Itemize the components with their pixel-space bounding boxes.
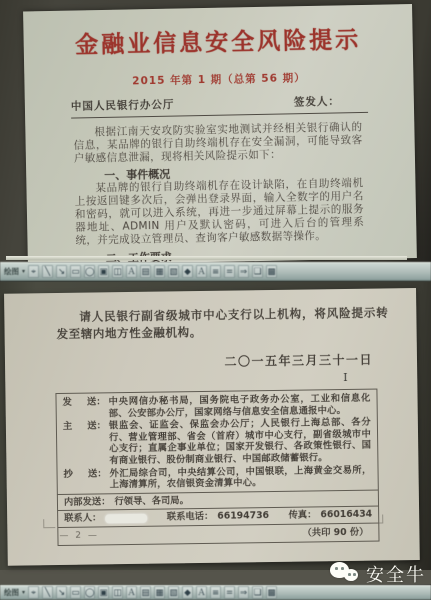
page-number: — 2 —	[59, 530, 99, 541]
phone-number: 66194736	[217, 510, 269, 522]
vertical-textbox-icon[interactable]: ◫	[112, 265, 123, 278]
row-text: 银监会、证监会、保监会办公厅；人民银行上海总部、各分行、营业管理部、省会（首府）…	[109, 417, 372, 467]
document-title: 金融业信息安全风险提示	[23, 20, 413, 60]
section-1-body: 某品牌的银行自助终端机存在设计缺陷，在自助终端机上按返回键多次后，会弹出登录界面…	[74, 177, 364, 247]
page-2-content: 请人民银行副省级城市中心支行以上机构，将风险提示转发至辖内地方性金融机构。 二〇…	[4, 288, 420, 566]
label-char: 发	[62, 397, 72, 420]
rectangle-icon[interactable]: ▭	[70, 586, 81, 599]
arrow-icon[interactable]: ↘	[56, 586, 67, 599]
textbox-icon[interactable]: ▣	[98, 586, 109, 599]
signer-label: 签发人：	[294, 93, 340, 113]
fax-number: 66016434	[320, 509, 372, 521]
copies-count: （共印 90 份）	[64, 526, 372, 545]
drawing-menu-button[interactable]: 绘图	[4, 587, 19, 598]
page-bottom-edge	[6, 256, 407, 260]
drawing-toolbar-icons: ⌖╲↘▭◯▣◫Ａ▤▦▧◆Ａ≡=⇒❏▩	[28, 265, 277, 278]
threed-style-icon[interactable]: ▩	[266, 265, 277, 278]
photo-top-document: 金融业信息安全风险提示 2015 年第 1 期（总第 56 期） 中国人民银行办…	[0, 0, 431, 262]
vertical-textbox-icon[interactable]: ◫	[112, 586, 123, 599]
label-char: 送：	[87, 396, 106, 419]
chevron-down-icon[interactable]: ▾	[22, 268, 25, 275]
diagram-icon[interactable]: ▤	[140, 265, 151, 278]
textbox-icon[interactable]: ▣	[98, 265, 109, 278]
bubble-eye	[341, 567, 344, 570]
line-style-icon[interactable]: ≡	[210, 586, 221, 599]
font-color-icon[interactable]: Ａ	[196, 586, 207, 599]
picture-icon[interactable]: ▧	[168, 586, 179, 599]
fax-label: 传真：	[288, 510, 316, 522]
request-paragraph: 请人民银行副省级城市中心支行以上机构，将风险提示转发至辖内地方性金融机构。	[56, 304, 388, 343]
redacted-contact-name	[105, 513, 147, 523]
internal-text: 行领导、各司局。	[114, 495, 189, 508]
shadow-style-icon[interactable]: ❏	[252, 586, 263, 599]
phone-label: 联系电话：	[167, 511, 214, 523]
watermark: 安全牛	[330, 561, 426, 587]
internal-label: 内部发送：	[64, 496, 111, 508]
issuer-name: 中国人民银行办公厅	[71, 97, 175, 118]
clipart-icon[interactable]: ▦	[154, 265, 165, 278]
dash-style-icon[interactable]: =	[224, 265, 235, 278]
wordart-icon[interactable]: Ａ	[126, 265, 137, 278]
distribution-row-chao-song: 抄 送： 外汇局综合司，中央结算公司，中国银联，上海黄金交易所，上海清算所，农信…	[63, 464, 371, 491]
chevron-down-icon[interactable]: ▾	[22, 589, 25, 596]
drawing-menu-button[interactable]: 绘图	[4, 266, 19, 277]
shadow-style-icon[interactable]: ❏	[252, 265, 263, 278]
distribution-row-fa-song: 发 送： 中央网信办秘书局，国务院电子政务办公室，工业和信息化部、公安部办公厅，…	[62, 393, 370, 420]
row-text: 中央网信办秘书局，国务院电子政务办公室，工业和信息化部、公安部办公厅，国家网络与…	[108, 393, 370, 420]
wordart-icon[interactable]: Ａ	[126, 586, 137, 599]
document-page-2: 请人民银行副省级城市中心支行以上机构，将风险提示转发至辖内地方性金融机构。 二〇…	[4, 288, 420, 566]
threed-style-icon[interactable]: ▩	[266, 586, 277, 599]
oval-icon[interactable]: ◯	[84, 265, 95, 278]
document-date: 二〇一五年三月三十一日	[224, 351, 373, 370]
label-char: 抄	[63, 468, 73, 491]
watermark-brand-text: 安全牛	[366, 561, 426, 587]
row-label: 主 送：	[63, 420, 110, 467]
chat-bubble-small	[344, 569, 358, 581]
drawing-toolbar-icons: ⌖╲↘▭◯▣◫Ａ▤▦▧◆Ａ≡=⇒❏▩	[28, 586, 277, 599]
line-icon[interactable]: ╲	[42, 265, 53, 278]
distribution-box: 发 送： 中央网信办秘书局，国务院电子政务办公室，工业和信息化部、公安部办公厅，…	[55, 389, 379, 546]
bubble-eye	[353, 573, 356, 576]
picture-icon[interactable]: ▧	[168, 265, 179, 278]
contact-label: 联系人：	[64, 513, 101, 525]
clipart-icon[interactable]: ▦	[154, 586, 165, 599]
label-char: 主	[63, 421, 73, 468]
line-style-icon[interactable]: ≡	[210, 265, 221, 278]
document-page-1: 金融业信息安全风险提示 2015 年第 1 期（总第 56 期） 中国人民银行办…	[23, 4, 417, 262]
intro-paragraph: 根据江南天安攻防实验室实地测试并经相关银行确认的信息，某品牌的银行自助终端机存在…	[73, 121, 363, 165]
row-label: 抄 送：	[63, 468, 109, 492]
line-icon[interactable]: ╲	[42, 586, 53, 599]
rectangle-icon[interactable]: ▭	[70, 265, 81, 278]
row-label: 发 送：	[62, 396, 108, 420]
row-text: 外汇局综合司，中央结算公司，中国银联，上海黄金交易所，上海清算所，农信银资金清算…	[109, 464, 371, 491]
wechat-icon	[330, 562, 360, 586]
diagram-icon[interactable]: ▤	[140, 586, 151, 599]
issuer-row: 中国人民银行办公厅 签发人：	[71, 93, 368, 119]
margin-mark-left	[43, 519, 55, 528]
select-objects-icon[interactable]: ⌖	[28, 586, 39, 599]
bubble-eye	[335, 567, 338, 570]
fill-color-icon[interactable]: ◆	[182, 265, 193, 278]
drawing-toolbar-top: 绘图 ▾ ⌖╲↘▭◯▣◫Ａ▤▦▧◆Ａ≡=⇒❏▩	[0, 262, 431, 281]
label-char: 送：	[87, 421, 106, 468]
label-char: 送：	[88, 468, 107, 491]
arrow-style-icon[interactable]: ⇒	[238, 586, 249, 599]
page-1-content: 金融业信息安全风险提示 2015 年第 1 期（总第 56 期） 中国人民银行办…	[23, 4, 417, 262]
font-color-icon[interactable]: Ａ	[196, 265, 207, 278]
dash-style-icon[interactable]: =	[224, 586, 235, 599]
screenshot-stage: 金融业信息安全风险提示 2015 年第 1 期（总第 56 期） 中国人民银行办…	[0, 0, 431, 600]
arrow-style-icon[interactable]: ⇒	[238, 265, 249, 278]
text-cursor: I	[343, 371, 348, 384]
drawing-toolbar-bottom: 绘图 ▾ ⌖╲↘▭◯▣◫Ａ▤▦▧◆Ａ≡=⇒❏▩	[0, 585, 431, 600]
margin-mark-right	[371, 514, 383, 523]
fill-color-icon[interactable]: ◆	[182, 586, 193, 599]
distribution-row-zhu-song: 主 送： 银监会、证监会、保监会办公厅；人民银行上海总部、各分行、营业管理部、省…	[63, 417, 372, 468]
select-objects-icon[interactable]: ⌖	[28, 265, 39, 278]
bubble-eye	[348, 573, 351, 576]
oval-icon[interactable]: ◯	[84, 586, 95, 599]
issue-line: 2015 年第 1 期（总第 56 期）	[24, 68, 413, 90]
arrow-icon[interactable]: ↘	[56, 265, 67, 278]
photo-bottom-document: 请人民银行副省级城市中心支行以上机构，将风险提示转发至辖内地方性金融机构。 二〇…	[0, 282, 431, 600]
